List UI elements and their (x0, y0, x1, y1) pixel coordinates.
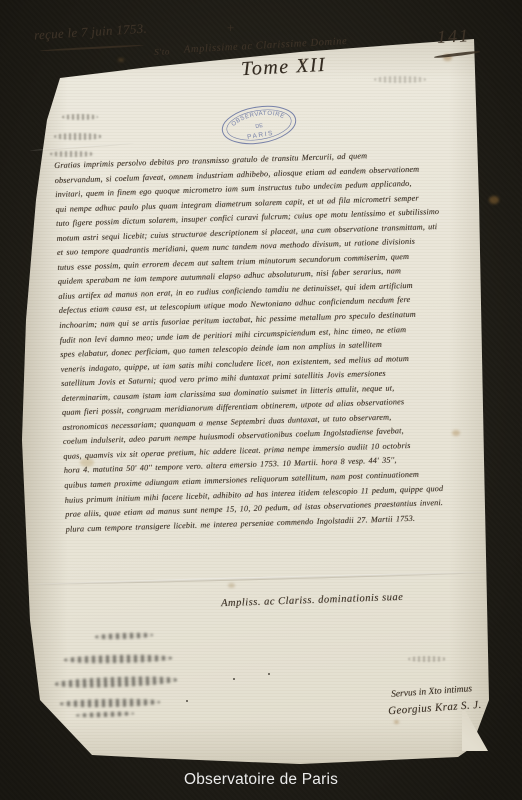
stain (228, 583, 235, 588)
salutation-prefix: S'to (154, 46, 170, 57)
folio-number: 141 (436, 25, 470, 48)
pencil-mark (50, 151, 94, 157)
pencil-mark (62, 114, 98, 120)
cross-mark: + (226, 20, 235, 36)
volume-label: Tome XII (240, 54, 326, 81)
received-date-note: reçue le 7 juin 1753. (34, 21, 148, 44)
manuscript-photo: reçue le 7 juin 1753. + 141 Tome XII S't… (0, 0, 522, 800)
letter-body: Gratias imprimis persolvo debitas pro tr… (54, 145, 502, 537)
stamp-text-middle: DE (255, 123, 264, 130)
photo-caption: Observatoire de Paris (0, 771, 522, 789)
stain (118, 58, 124, 62)
ink-fleck (186, 700, 188, 702)
pencil-mark (54, 133, 102, 140)
ink-fleck (233, 678, 235, 680)
received-note-underline (40, 44, 144, 51)
pencil-mark (408, 656, 446, 662)
pencil-mark (374, 76, 426, 83)
stain (394, 720, 399, 724)
ink-fleck (268, 673, 270, 675)
